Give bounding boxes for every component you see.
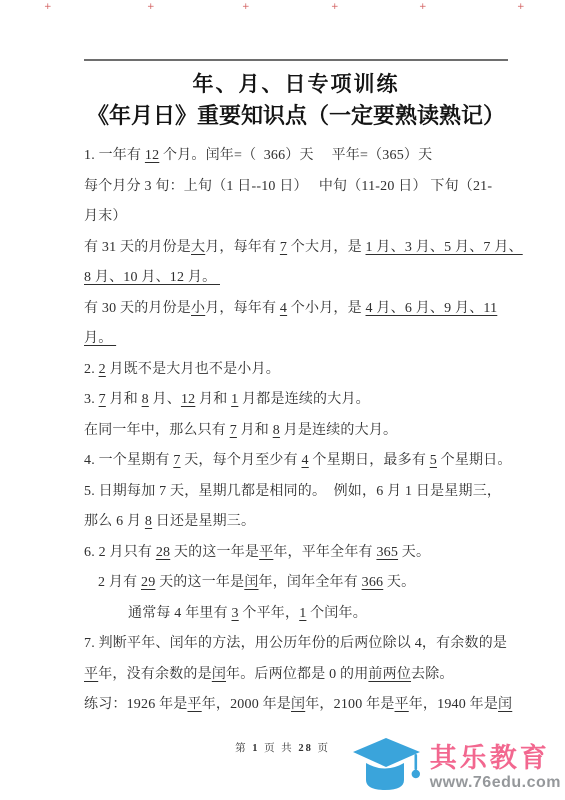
text-run: 2 月有 [98, 575, 141, 590]
text-run: 月既不是大月也不是小月。 [106, 362, 280, 377]
underlined-text: 平 [259, 545, 273, 560]
underlined-text: 闰 [244, 575, 258, 590]
text-line: 8 月、10 月、12 月。 [84, 263, 508, 294]
header-rule [84, 59, 508, 61]
text-run: 年，2000 年是 [202, 697, 291, 712]
text-line: 平年，没有余数的是闰年。后两位都是 0 的用前两位去除。 [84, 660, 508, 691]
underlined-text: 4 月、6 月、9 月、11 [366, 301, 498, 316]
text-run: 有 30 天的月份是 [84, 301, 191, 316]
text-line: 那么 6 月 8 日还是星期三。 [84, 507, 508, 538]
text-run: 28 [298, 743, 313, 754]
crop-mark-icon: + [331, 2, 339, 12]
text-run: 月和 [237, 423, 273, 438]
crop-mark-icon: + [44, 2, 52, 12]
text-run: 个平年， [239, 606, 300, 621]
text-run: 天的这一年是 [155, 575, 244, 590]
text-line: 月末） [84, 202, 508, 233]
text-line: 7. 判断平年、闰年的方法，用公历年份的后两位除以 4，有余数的是 [84, 629, 508, 660]
underlined-text: 平 [188, 697, 202, 712]
underlined-text: 前两位 [368, 667, 411, 682]
text-line: 有 31 天的月份是大月，每年有 7 个大月，是 1 月、3 月、5 月、7 月… [84, 233, 508, 264]
text-run: 每个月分 3 旬：上旬（1 日--10 日） 中旬（11-20 日） 下旬（21… [84, 179, 492, 194]
text-line: 6. 2 月只有 28 天的这一年是平年，平年全年有 365 天。 [84, 538, 508, 569]
underlined-text: 28 [156, 545, 170, 560]
text-run: 年，闰年全年有 [259, 575, 362, 590]
text-run: 1. 一年有 [84, 148, 145, 163]
text-run: 6. 2 月只有 [84, 545, 156, 560]
text-run: 月、 [149, 392, 181, 407]
text-run: 个星期日。 [437, 453, 512, 468]
brand-text: 其乐教育 www.76edu.com [430, 743, 563, 792]
text-run: 月都是连续的大月。 [238, 392, 370, 407]
text-run: 在同一年中，那么只有 [84, 423, 230, 438]
underlined-text: 7 [173, 453, 180, 468]
text-line: 4. 一个星期有 7 天，每个月至少有 4 个星期日，最多有 5 个星期日。 [84, 446, 508, 477]
text-run: 3. [84, 392, 99, 407]
text-run: 月，每年有 [205, 301, 280, 316]
underlined-text: 闰 [498, 697, 512, 712]
brand-name: 其乐教育 [430, 743, 550, 773]
document-body: 1. 一年有 12 个月。闰年=（ 366）天 平年=（365）天每个月分 3 … [84, 141, 508, 721]
text-run: 2. [84, 362, 99, 377]
text-run: 页 共 [259, 743, 298, 754]
text-line: 5. 日期每加 7 天，星期几都是相同的。 例如，6 月 1 日是星期三， [84, 477, 508, 508]
text-line: 有 30 天的月份是小月，每年有 4 个小月，是 4 月、6 月、9 月、11 [84, 294, 508, 325]
page-subtitle: 《年月日》重要知识点（一定要熟读熟记） [84, 100, 508, 131]
underlined-text: 2 [99, 362, 106, 377]
text-run: 天。 [383, 575, 415, 590]
text-run: 去除。 [411, 667, 454, 682]
text-run: 月末） [84, 209, 127, 224]
underlined-text: 闰 [212, 667, 226, 682]
text-run: 天。 [398, 545, 430, 560]
crop-mark-icon: + [517, 2, 525, 12]
text-run: 日还是星期三。 [152, 514, 255, 529]
text-run: 有 31 天的月份是 [84, 240, 191, 255]
text-line: 月。 [84, 324, 508, 355]
text-line: 在同一年中，那么只有 7 月和 8 月是连续的大月。 [84, 416, 508, 447]
underlined-text: 29 [141, 575, 155, 590]
underlined-text: 大 [191, 240, 205, 255]
text-run: 年，没有余数的是 [98, 667, 212, 682]
text-run: 5. 日期每加 7 天，星期几都是相同的。 例如，6 月 1 日是星期三， [84, 484, 501, 499]
crop-mark-icon: + [419, 2, 427, 12]
text-run: 月和 [195, 392, 231, 407]
text-line: 练习：1926 年是平年，2000 年是闰年，2100 年是平年，1940 年是… [84, 690, 508, 721]
text-run: 天的这一年是 [170, 545, 259, 560]
underlined-text: 8 月、10 月、12 月。 [84, 270, 220, 285]
text-run: 个大月，是 [287, 240, 365, 255]
crop-marks: ++++++ [0, 2, 565, 14]
underlined-text: 闰 [291, 697, 305, 712]
brand-url: www.76edu.com [430, 773, 561, 792]
underlined-text: 7 [99, 392, 106, 407]
underlined-text: 5 [430, 453, 437, 468]
text-run: 页 [313, 743, 330, 754]
text-run: 个闰年。 [306, 606, 367, 621]
text-run: 练习：1926 年是 [84, 697, 188, 712]
crop-mark-icon: + [147, 2, 155, 12]
text-run: 天，每个月至少有 [181, 453, 302, 468]
underlined-text: 7 [230, 423, 237, 438]
text-line: 2 月有 29 天的这一年是闰年，闰年全年有 366 天。 [84, 568, 508, 599]
text-line: 通常每 4 年里有 3 个平年，1 个闰年。 [84, 599, 508, 630]
text-run: 月和 [106, 392, 142, 407]
underlined-text: 12 [181, 392, 195, 407]
text-run: 个月。闰年=（ 366）天 平年=（365）天 [159, 148, 432, 163]
text-run: 个小月，是 [287, 301, 365, 316]
underlined-text: 4 [302, 453, 309, 468]
text-run: 第 [235, 743, 252, 754]
text-run: 月，每年有 [205, 240, 280, 255]
graduation-cap-icon [352, 736, 424, 798]
underlined-text: 1 月、3 月、5 月、7 月、 [366, 240, 523, 255]
text-run: 4. 一个星期有 [84, 453, 173, 468]
text-run: 年，2100 年是 [305, 697, 394, 712]
underlined-text: 365 [376, 545, 398, 560]
underlined-text: 平 [84, 667, 98, 682]
text-run: 年，1940 年是 [409, 697, 498, 712]
underlined-text: 月。 [84, 331, 116, 346]
underlined-text: 3 [232, 606, 239, 621]
underlined-text: 8 [273, 423, 280, 438]
document-content: 年、月、日专项训练 《年月日》重要知识点（一定要熟读熟记） 1. 一年有 12 … [84, 59, 508, 721]
text-run: 通常每 4 年里有 [128, 606, 232, 621]
crop-mark-icon: + [242, 2, 250, 12]
text-line: 2. 2 月既不是大月也不是小月。 [84, 355, 508, 386]
text-run: 那么 6 月 [84, 514, 145, 529]
underlined-text: 8 [142, 392, 149, 407]
text-line: 1. 一年有 12 个月。闰年=（ 366）天 平年=（365）天 [84, 141, 508, 172]
text-run: 月是连续的大月。 [280, 423, 397, 438]
brand-logo: 其乐教育 www.76edu.com [352, 736, 563, 798]
text-line: 3. 7 月和 8 月、12 月和 1 月都是连续的大月。 [84, 385, 508, 416]
text-run: 年。后两位都是 0 的用 [226, 667, 368, 682]
text-run: 个星期日，最多有 [309, 453, 430, 468]
text-line: 每个月分 3 旬：上旬（1 日--10 日） 中旬（11-20 日） 下旬（21… [84, 172, 508, 203]
underlined-text: 12 [145, 148, 159, 163]
underlined-text: 平 [395, 697, 409, 712]
underlined-text: 小 [191, 301, 205, 316]
page-title: 年、月、日专项训练 [84, 70, 508, 98]
text-run: 年，平年全年有 [273, 545, 376, 560]
underlined-text: 366 [362, 575, 384, 590]
text-run: 7. 判断平年、闰年的方法，用公历年份的后两位除以 4，有余数的是 [84, 636, 507, 651]
